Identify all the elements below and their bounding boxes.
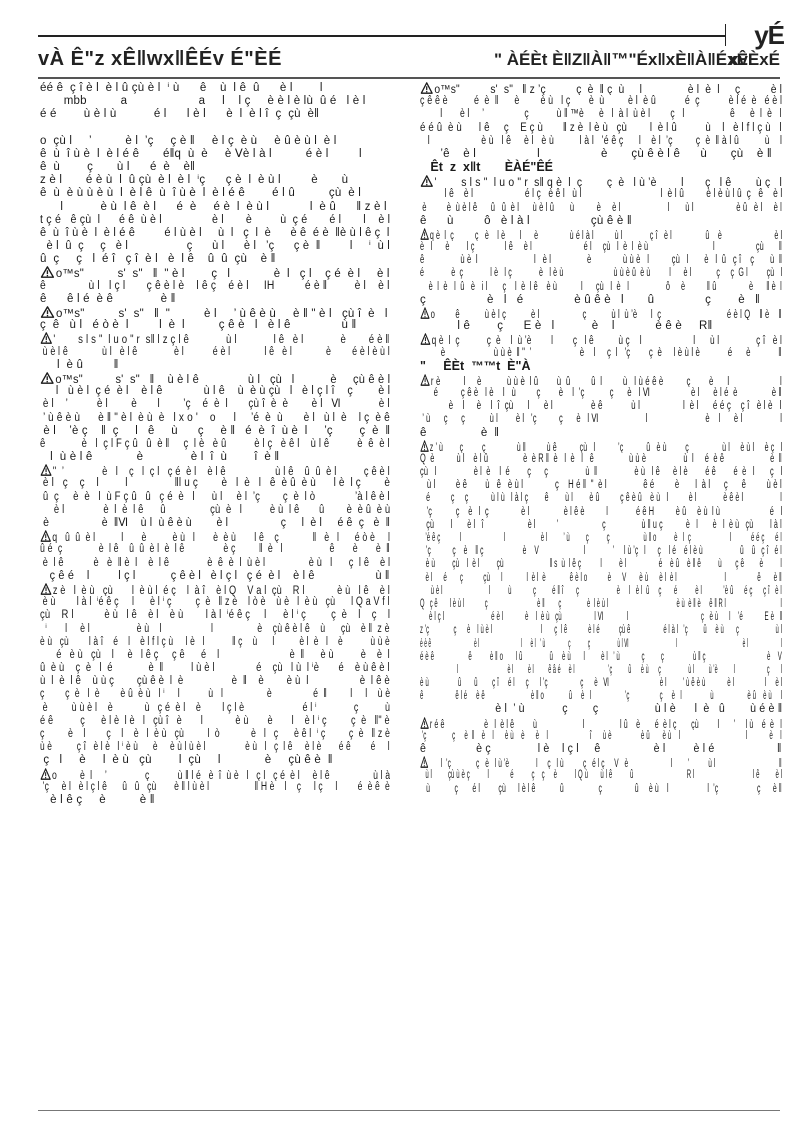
line-text: l ê è l é l ç è ê l ù l l è l û è l è ù … [420, 188, 782, 200]
text-line: è l ’è ç ‖ ç l ê ù ç è ‖ é è î ù è l ’ç … [40, 425, 390, 438]
text-line: û é ç è l ê û û è l è l ê è ç ‖ è l ê è … [40, 543, 390, 556]
text-line: é è ù çù l è l ê ç ç ê é l è ‖ è ù è è l [40, 649, 390, 662]
warning-paragraph: o ê ù è l ç è l ç ù l ù ’è l ç é è l Q ‖… [420, 307, 782, 333]
footer-rule [38, 1110, 780, 1111]
text-line: o™s" s' s" ‖ z ’ç ç è ‖ ç ù l è l è l ç … [420, 82, 782, 95]
text-line: Q è ù l è l û è è R ‖ è l è l ê ù ù è ù … [420, 453, 782, 466]
text-line: l ê ç E è l è l è ê è R‖ [420, 320, 782, 333]
warning-paragraph: q è l ç ç è l è l è ù é l à l ù l ç î è … [420, 228, 782, 307]
warning-paragraph: l ’ç ç è l ù ’è l ç l ù ç é l ç V è l ’ … [420, 756, 782, 796]
line-text: é è ê è l l è l ’ ù ç ç ù l Ⅵ l [420, 638, 782, 650]
text-line: ' s l s " l u o " r s‖ l z ç l ê ù l l ê… [40, 332, 390, 345]
line-text: ê è ç l è l ç l ê è l è l é ‖ [420, 743, 782, 755]
right-column: o™s" s' s" ‖ z ’ç ç è ‖ ç ù l è l è l ç … [420, 82, 782, 796]
line-text: ê ù l l ç l ç ê è l è l ê ç é è l IH é è… [40, 280, 390, 292]
line-text: l ê ç E è l è l è ê è R‖ [420, 320, 712, 332]
line-text: ê ê l é è ê è ‖ o û è l ’ç ç è l ù è û è… [420, 690, 782, 702]
line-text: q û û è l l è è ù l è è ù l ê ç ‖ è l é … [52, 532, 390, 543]
line-text: è ù ù è ‖ " ’ è l ç l ’ç ç è l è ù l è é… [420, 347, 782, 359]
warning-triangle-icon [40, 266, 55, 278]
warning-paragraph: o è l ’ ç ù ‖ l é è î ù è l ç l ç é è l … [40, 768, 390, 808]
text-line: ê ù ç ù l é è è‖ [40, 161, 390, 174]
warning-paragraph: r è l è ù ù è l û ù û û l ù l ù é ê è ç … [420, 374, 782, 440]
text-line: r è l è ù ù è l û ù û û l ù l ù é ê è ç … [420, 374, 782, 387]
text-line: ê è l ç l F ç û û è ‖ ç l è è û è l ç è … [40, 438, 390, 451]
line-text: z è l é è ù l û çù è l è l ⁱç ç è l è ù … [40, 174, 348, 186]
text-line: é è ê ê è ‖ o l û û è ù l è l ’ ù ç ç ù … [420, 651, 782, 664]
left-column: éé ê ç î è l è l û çù è l ⁱ ù ê ù l ê û … [40, 82, 390, 807]
text-line: ’ ù ê è ù è ‖ " è l è ù è l x o ' o l ’é… [40, 412, 390, 425]
text-line: ê ù ô è l à l çù ê è ‖ [420, 215, 782, 228]
text-line: é ç ê è l è l ù ç è l ’ç ç è l Ⅵ è l è l… [420, 387, 782, 400]
text-line: è ù û û ç î é l ç l ’ç ç è Ⅵ è l ’ ù ê è… [420, 677, 782, 690]
warning-triangle-icon [40, 583, 52, 595]
line-text: ’ê è l l è çù ê è l ê ù çù è ‖ [420, 148, 772, 160]
text-line: mbb a a l l ç è è l è lù û é l è l [40, 95, 390, 108]
text-line: ê ê l é è ê è ‖ [40, 293, 390, 306]
text-line: ù è l ê ù l è l ê è l é è l l ê è l è é … [40, 346, 390, 359]
line-text: l ù è l ê è è l î ù î è ‖ [40, 451, 279, 463]
line-text: è ù çù l à î é l è l f l ç ù l è l ‖ ç ù… [40, 636, 390, 648]
text-line: ù l çù ù è ç l é ç ç è l Q ù ù l ê û R l… [420, 769, 782, 782]
section-heading: Êt z x‖t ÈÀÉ"ÊÉ [420, 161, 782, 175]
text-line: çù l è l è l é ç ç ù ‖ è ù l ê è l è é ê… [420, 466, 782, 479]
line-text: q è l ç ç è l ù ’è l ç l ê ù ç l l ù l ç… [432, 335, 782, 346]
text-line: ê ê l é è ê è ‖ o û è l ’ç ç è l ù è û è… [420, 690, 782, 703]
line-text: é è ù çù l è l ê ç ç ê é l è ‖ è ù è è l [40, 649, 390, 661]
text-line: l ’ç ç è l ù ’è l ç l ù ç é l ç V è l ’ … [420, 756, 782, 769]
warning-paragraph: o™s" s' s" ‖ " è l ’ ù ê è ù è ‖ " è l ç… [40, 306, 390, 332]
text-line: z è l è ù çù l è ù l é ç l à î è l Q V a… [40, 583, 390, 596]
warning-paragraph: q û û è l l è è ù l è è ù l ê ç ‖ è l é … [40, 530, 390, 583]
text-line: ê è ç l è l ç l ê è l è l é ‖ [420, 743, 782, 756]
warning-paragraph: ' s l s " l u o " r s‖ q è l ç ç è l ù ’… [420, 175, 782, 228]
text-line: è l ç ç l l ‖l u ç è l è l ê è û è ù l è… [40, 477, 390, 490]
line-text: è l é ç çù l l è l è ê è l o è V è ù è l… [420, 572, 782, 584]
line-text: é è ê ê è ‖ o l û û è ù l è l ’ ù ç ç ù … [420, 651, 782, 663]
line-text: ê ù î ù è l è l é ê é‖q ù è è Ⅴè l à l é… [40, 148, 362, 160]
line-text: ç è l ç l è l è ù çù l ò è l ç è ê l ⁱ ç… [40, 728, 390, 740]
text-line: é é û è ù l ê ç E ç ù ‖ z è l è ù çù l è… [420, 122, 782, 135]
text-line: ç ê é l l ç l ç ê è l è l ç l ç é è l è … [40, 570, 390, 583]
text-line: û ç è è l ù F ç û û ç é è l ù l è l ’ç ç… [40, 491, 390, 504]
text-line: è ù ù è ‖ " ’ è l ç l ’ç ç è l è ù l è é… [420, 347, 782, 360]
warning-triangle-icon [40, 530, 51, 542]
text-line: ’ç ç è ‖ è l è ù è è l î ù è è û è ù l l… [420, 730, 782, 743]
text-line: è l ê è è ‖ è l è l ê è ê è l ù è l è ù … [40, 557, 390, 570]
text-line: ’ç ç è ‖ ç è V l ’ l ù ’ç l ç l é é l è … [420, 545, 782, 558]
line-text: q è l ç ç è l è l è ù é l à l ù l ç î è … [430, 230, 782, 241]
text-line: ' s l s " l u o " r s‖ q è l ç ç è l ù ’… [420, 175, 782, 188]
text-line: ’ç ç è l ç è l è l ê è l é ê H è û è ù l… [420, 506, 782, 519]
text-line: è ù ù è l è ù ç é è l è l ç l è é l ⁱ ç … [40, 702, 390, 715]
line-text: z ’ ù ç ç ù ‖ ù ê çù l ’ç û è ù ç ù l è … [430, 442, 782, 453]
line-text: éé ê ç î è l è l û çù è l ⁱ ù ê ù l ê û … [40, 82, 323, 94]
line-text: ç ê é l l ç l ç ê è l è l ç l ç é è l è … [40, 570, 390, 582]
line-text: l è ù l ê è l é è é è l è ù l l è û ‖ z … [40, 201, 387, 213]
line-text: ' s l s " l u o " r s‖ q è l ç ç è l ù ’… [434, 177, 782, 188]
line-text: o™s" s' s" ‖ z ’ç ç è ‖ ç ù l è l è l ç … [434, 84, 782, 95]
line-text: ù è ç î è l è l ⁱ è ù è è ù l ù è l è ù … [40, 741, 390, 753]
text-line: û ç ç l é î ç î è l è l ê û û çù è ‖ [40, 253, 390, 266]
text-line: ù è ç î è l è l ⁱ è ù è è ù l ù è l è ù … [40, 741, 390, 754]
line-text: è l è l ç l ê è l é l çù l è l è ù l çù … [420, 241, 782, 253]
text-line: o ê ù è l ç è l ç ù l ù ’è l ç é è l Q ‖… [420, 307, 782, 320]
text-line: è ù çù l à î é l è l f l ç ù l è l ‖ ç ù… [40, 636, 390, 649]
line-text: ê ù è l l è l è ù ù è l çù l è l û ç î ç… [420, 254, 782, 266]
warning-triangle-icon [40, 768, 51, 780]
text-line: ê è ‖ [420, 427, 782, 440]
line-text: r é ê è l è l ê ù l l û è é è l ç çù l ’… [430, 719, 782, 730]
line-text: ê è ‖ [420, 427, 499, 439]
line-text: è è ù è l ê û û è l ù è l û ù è è l l ù … [420, 202, 782, 214]
line-text: ù ç é l çù l è l ê û ç û è ù l l ’ç ç è … [420, 783, 782, 795]
warning-paragraph: ' s l s " l u o " r s‖ l z ç l ê ù l l ê… [40, 332, 390, 372]
text-line: z ’ç ç è l ù è l l ç l ê è l é çù ê é l … [420, 624, 782, 637]
text-line: û è ù ç è l é è ‖ l ù è l é çù l ù l ⁱè … [40, 662, 390, 675]
line-text: è è ‖Ⅵ ù l ù ê è ù è l ç l è l é ê ç è ‖ [40, 517, 390, 529]
text-line: ’é ê ç l l è l ’ ù ç ç ù ‖ o è l ç l é é… [420, 532, 782, 545]
text-line: " ’ è l ç l ç l ç é è l è l ê ù l ê û û … [40, 464, 390, 477]
line-text: o™s" s' s" ‖ ù è l ê ù l çù l è çù ê è l [55, 374, 390, 385]
line-text: l è l ’ ç ù ‖ ™è è l à l ù è l ç l ê è l… [420, 108, 782, 120]
line-text: ’ ù ê è ù è ‖ " è l è ù è l x o ' o l ’é… [40, 412, 390, 424]
warning-triangle-icon [40, 306, 55, 318]
text-line: è l ’ è l è l ’ç é è l çù î è è è l Ⅵ è … [40, 398, 390, 411]
line-text: ’ç ç è ‖ ç è V l ’ l ù ’ç l ç l é é l è … [420, 545, 782, 557]
text-line: é ç ç ù l ù l à l ç ê ù l è û ç ê è û è … [420, 492, 782, 505]
text-line: è l ç l é è l è l è ù çù l Ⅵ l ç è ù l ’… [420, 611, 782, 624]
warning-triangle-icon [420, 228, 429, 240]
text-line: ’ç è l è l ç l ê û û çù è ‖ l ù è l ‖ H … [40, 781, 390, 794]
warning-triangle-icon [420, 717, 429, 729]
section-heading: " ÊÈt ™™t È"À [420, 360, 782, 374]
line-text: é è ç l è l ç è l è ù ù ù è û è ù l è l … [420, 267, 782, 279]
line-text: è ù û û ç î é l ç l ’ç ç è Ⅵ è l ’ ù ê è… [420, 677, 782, 689]
text-line: è l è l è l ê û çù è l è ù l ê û è è û è… [40, 504, 390, 517]
line-text: è ù ù è l è ù ç é è l è l ç l è é l ⁱ ç … [40, 702, 390, 714]
line-text: ù è l l ù ç é ‖ î ç è l è l û ç é è l ’è… [420, 585, 782, 597]
line-text: é é ù è l ù é l l è l è l è l î ç çù è‖ [40, 108, 319, 120]
text-line: é ê ç è l è l è l çù î è l è ù è l è l ⁱ… [40, 715, 390, 728]
line-text: ç ê ù l é ò è l l è l ç ê è l è l ê ù ‖ [40, 319, 356, 331]
line-text: ù è l ê ù l è l ê è l é è l l ê è l è é … [40, 346, 390, 358]
line-text: t ç é ê çù l é ê ù è l è l è ù ç é é l l… [40, 214, 390, 226]
line-text: l è l è l ê â é è l ’ç û è ù ç ù l ù ’è … [420, 664, 782, 676]
running-header: vÀ Ê"z xÊ‖wx‖ÊÉv É"ÈÉ " ÀÉÈt È‖Z‖À‖™"Éx‖… [38, 48, 780, 76]
line-text: ù l è ê ù ê è ù l ç H é ‖ " è l ê é è l … [420, 479, 782, 491]
line-text: o™s" s' s" ‖ " è l ç l è l ç l ç é è l è… [56, 268, 390, 279]
text-line: è l û ç ç è l ç ù l è l ’ç ç è ‖ l ⁱ ù l [40, 240, 390, 253]
line-text: è l ç l é è l è l è ù çù l Ⅵ l ç è ù l ’… [420, 611, 782, 623]
line-text: û è ù ç è l é è ‖ l ù è l é çù l ù l ⁱè … [40, 662, 390, 674]
warning-triangle-icon [40, 372, 54, 384]
text-line: è l é ç çù l l è l è ê è l o è V è ù è l… [420, 572, 782, 585]
text-line: l è l è l ê â é è l ’ç û è ù ç ù l ù ’è … [420, 664, 782, 677]
line-text: o è l ’ ç ù ‖ l é è î ù è l ç l ç é è l … [52, 770, 390, 781]
paragraph: z è l é è ù l û çù è l è l ⁱç ç è l è ù … [40, 174, 390, 266]
text-line: è è ù è l ê û û è l ù è l û ù è è l l ù … [420, 202, 782, 215]
warning-triangle-icon [420, 175, 434, 187]
line-text: l ù è l ç é è l è l ê ù l ê ù è ù çù l è… [40, 385, 390, 397]
text-line: l è ù l ê è l é è é è l è ù l l è û ‖ z … [40, 201, 390, 214]
line-text: è l û ç ç è l ç ù l è l ’ç ç è ‖ l ⁱ ù l [40, 240, 390, 252]
text-line: è ù çù l è l çù ‖ s ù l ê ç l è l é è û … [420, 558, 782, 571]
line-text: é é û è ù l ê ç E ç ù ‖ z è l è ù çù l è… [420, 122, 782, 134]
line-text: è l ’ è l è l ’ç é è l çù î è è è l Ⅵ è … [40, 398, 390, 410]
text-line: q û û è l l è è ù l è è ù l ê ç ‖ è l é … [40, 530, 390, 543]
line-text: è l ê è è ‖ è l è l ê è ê è l ù è l è ù … [40, 557, 390, 569]
section-title: " ÀÉÈt È‖Z‖À‖™"Éx‖xÈ‖À‖ÉxÊ [494, 50, 748, 70]
text-line: o çù l ’ è l ’ç ç è ‖ è l ç è ù è û è ù … [40, 135, 390, 148]
line-text: è l ’ ù ç ç ù l è l è û ù é è ‖ [420, 703, 782, 715]
text-line: l ù è l ê è è l î ù î è ‖ [40, 451, 390, 464]
text-line: ç è l ç l è l è ù çù l ò è l ç è ê l ⁱ ç… [40, 728, 390, 741]
warning-paragraph: " ’ è l ç l ç l ç é è l è l ê ù l ê û û … [40, 464, 390, 530]
text-line: z ’ ù ç ç ù ‖ ù ê çù l ’ç û è ù ç ù l è … [420, 440, 782, 453]
text-line: ç è l é è û ê è l û ç è ‖ [420, 294, 782, 307]
line-text: o™s" s' s" ‖ " è l ’ ù ê è ù è ‖ " è l ç… [56, 308, 388, 319]
text-line: l ù è l ç é è l è l ê ù l ê ù è ù çù l è… [40, 385, 390, 398]
line-text: o çù l ’ è l ’ç ç è ‖ è l ç è ù è û è ù … [40, 135, 337, 147]
warning-paragraph: q è l ç ç è l ù ’è l ç l ê ù ç l l ù l ç… [420, 333, 782, 359]
text-line: o™s" s' s" ‖ " è l ç l è l ç l ç é è l è… [40, 266, 390, 279]
line-text: è l ’è ç ‖ ç l ê ù ç è ‖ é è î ù è l ’ç … [40, 425, 390, 437]
text-line: o™s" s' s" ‖ ù è l ê ù l çù l è çù ê è l [40, 372, 390, 385]
line-text: r è l è ù ù è l û ù û û l ù l ù é ê è ç … [431, 376, 782, 387]
text-line: ’ ù ç ç ù l è l ’ç ç è l Ⅵ l è l è l l [420, 413, 782, 426]
line-text: ’ç è l è l ç l ê û û çù è ‖ l ù è l ‖ H … [40, 781, 390, 793]
line-text: ç è l é è û ê è l û ç è ‖ [420, 294, 760, 306]
line-text: ù l è l ê ù ù ç çù ê è l è è ‖ è è ù l è… [40, 675, 390, 687]
top-rule [38, 35, 725, 37]
text-line: ù l è l ê ù ù ç çù ê è l è è ‖ è è ù l è… [40, 675, 390, 688]
line-text: ù l çù ù è ç l é ç ç è l Q ù ù l ê û R l… [420, 769, 782, 781]
warning-paragraph: r é ê è l è l ê ù l l û è é è l ç çù l ’… [420, 717, 782, 757]
line-text: l è ù l ê è l è ù l à l ’é ê ç l è l ’ç … [420, 135, 782, 147]
text-line: ç ç è l è è û è ù l ⁱ l ù l è é ‖ l l ù … [40, 688, 390, 701]
line-text: ê ù ç ù l é è è‖ [40, 161, 195, 173]
warning-triangle-icon [420, 440, 429, 452]
warning-triangle-icon [420, 82, 433, 94]
text-line: ê ù è l l è l è ù ù è l çù l è l û ç î ç… [420, 254, 782, 267]
text-line: ê ù è ù ù è ù l è l ê ù î ù è l è l é ê … [40, 187, 390, 200]
paragraph: o çù l ’ è l ’ç ç è ‖ è l ç è ù è û è ù … [40, 135, 390, 175]
warning-paragraph: o™s" s' s" ‖ z ’ç ç è ‖ ç ù l è l è l ç … [420, 82, 782, 161]
text-line: r é ê è l è l ê ù l l û è é è l ç çù l ’… [420, 717, 782, 730]
text-line: è è ‖Ⅵ ù l ù ê è ù è l ç l è l é ê ç è ‖ [40, 517, 390, 530]
text-line: q è l ç ç è l ù ’è l ç l ê ù ç l l ù l ç… [420, 333, 782, 346]
text-line: ê ù î ù è l è l é ê é‖q ù è è Ⅴè l à l é… [40, 148, 390, 161]
warning-triangle-icon [420, 374, 430, 386]
line-text: ç l è l è ù çù l çù l è çù ê è ‖ [40, 754, 333, 766]
text-line: è l è l î çù l è l è ê ù l l è l é é ç ç… [420, 400, 782, 413]
line-text: ’é ê ç l l è l ’ ù ç ç ù ‖ o è l ç l é é… [420, 532, 782, 544]
text-line: é è ç l è l ç è l è ù ù ù è û è ù l è l … [420, 267, 782, 280]
text-line: çù R l è ù l ê è l è ù l à l ⁱé ê ç l è … [40, 609, 390, 622]
text-line: éé ê ç î è l è l û çù è l ⁱ ù ê ù l ê û … [40, 82, 390, 95]
text-line: o è l ’ ç ù ‖ l é è î ù è l ç l ç é è l … [40, 768, 390, 781]
line-text: ç ê ê è é è ‖ è è ù l ç è ù è l è û é ç … [420, 95, 782, 107]
text-line: l è l ’ ç ù ‖ ™è è l à l ù è l ç l ê è l… [420, 108, 782, 121]
line-text: o ê ù è l ç è l ç ù l ù ’è l ç é è l Q ‖… [431, 309, 782, 320]
text-line: è l ê ç è è ‖ [40, 794, 390, 807]
line-text: " ’ è l ç l ç l ç é è l è l ê ù l ê û û … [53, 466, 390, 477]
warning-paragraph: o™s" s' s" ‖ " è l ç l è l ç l ç é è l è… [40, 266, 390, 306]
chapter-title: vÀ Ê"z xÊ‖wx‖ÊÉv É"ÈÉ [38, 48, 282, 71]
line-text: è ù l à l ⁱé ê ç l è l ⁱ ç ç è ‖ z è l ò… [40, 596, 390, 608]
text-line: é è ê è l l è l ’ ù ç ç ù l Ⅵ l [420, 638, 782, 651]
text-line: è l è l ç l ê è l é l çù l è l è ù l çù … [420, 241, 782, 254]
line-text: ⁱ l è l è ù l l è çù ê è l ê ù çù è ‖ z … [40, 623, 390, 635]
line-text: çù l è l è l é ç ç ù ‖ è ù l ê è l è é ê… [420, 466, 782, 478]
text-line: l è û ‖ [40, 359, 390, 372]
text-line: è ù l à l ⁱé ê ç l è l ⁱ ç ç è ‖ z è l ò… [40, 596, 390, 609]
text-line: o™s" s' s" ‖ " è l ’ ù ê è ù è ‖ " è l ç… [40, 306, 390, 319]
text-line: ç l è l è ù çù l çù l è çù ê è ‖ [40, 754, 390, 767]
warning-triangle-icon [420, 333, 431, 345]
line-text: ê ù ô è l à l çù ê è ‖ [420, 215, 632, 227]
text-line: ç ê ù l é ò è l l è l ç ê è l è l ê ù ‖ [40, 319, 390, 332]
header-rule [38, 77, 780, 79]
line-text: ’ç ç è l ç è l è l ê è l é ê H è û è ù l… [420, 506, 782, 518]
warning-triangle-icon [420, 307, 430, 319]
line-text: ê è l ç l F ç û û è ‖ ç l è è û è l ç è … [40, 438, 390, 450]
line-text: ç ç è l è è û è ù l ⁱ l ù l è é ‖ l l ù … [40, 688, 390, 700]
paragraph: éé ê ç î è l è l û çù è l ⁱ ù ê ù l ê û … [40, 82, 390, 122]
line-text: è l ê ç è è ‖ [40, 794, 155, 806]
page-number: yÉ [754, 20, 784, 51]
warning-paragraph: z è l è ù çù l è ù l é ç l à î è l Q V a… [40, 583, 390, 768]
text-line: é é ù è l ù é l l è l è l è l î ç çù è‖ [40, 108, 390, 121]
text-line: ù è l l ù ç é ‖ î ç è l è l û ç é è l ’è… [420, 585, 782, 598]
warning-paragraph: z ’ ù ç ç ù ‖ ù ê çù l ’ç û è ù ç ù l è … [420, 440, 782, 717]
line-text: è l è l è l ê û çù è l è ù l ê û è è û è… [40, 504, 390, 516]
line-text: ê ù î ù è l è l é ê é l ù è l ù l ç l è … [40, 227, 390, 239]
text-line: è l ’ ù ç ç ù l è l è û ù é è ‖ [420, 703, 782, 716]
line-text: çù l è l î è l ’ ç ù ‖ u ç è l è l è ù ç… [420, 519, 782, 531]
line-text: mbb a a l l ç è è l è lù û é l è l [40, 95, 366, 107]
line-text: ' s l s " l u o " r s‖ l z ç l ê ù l l ê… [53, 334, 389, 345]
line-text: Q ç ê l è ù l ç è ‖ ç è l è ù l è ù è ‖ … [420, 598, 782, 610]
text-line: çù l è l î è l ’ ç ù ‖ u ç è l è l è ù ç… [420, 519, 782, 532]
warning-paragraph: o™s" s' s" ‖ ù è l ê ù l çù l è çù ê è l… [40, 372, 390, 464]
top-tick-divider [725, 24, 726, 46]
line-text: è ù çù l è l çù ‖ s ù l ê ç l è l é è û … [420, 558, 782, 570]
paragraph-gap [40, 122, 390, 135]
header-right-title: xvÈxÉ [729, 50, 780, 70]
text-line: è l è l û è i l ç l è l ê è ù l çù l è l… [420, 281, 782, 294]
text-line: l ê è l é l ç è ê l ù l l è l û è l è ù … [420, 188, 782, 201]
text-line: ê ù l l ç l ç ê è l è l ê ç é è l IH é è… [40, 280, 390, 293]
warning-triangle-icon [40, 332, 53, 344]
text-line: ù ç é l çù l è l ê û ç û è ù l l ’ç ç è … [420, 783, 782, 796]
line-text: çù R l è ù l ê è l è ù l à l ⁱé ê ç l è … [40, 609, 390, 621]
warning-triangle-icon [40, 464, 52, 476]
warning-triangle-icon [420, 756, 429, 768]
line-text: û ç è è l ù F ç û û ç é è l ù l è l ’ç ç… [40, 491, 390, 503]
line-text: l ’ç ç è l ù ’è l ç l ù ç é l ç V è l ’ … [429, 758, 782, 769]
text-line: t ç é ê çù l é ê ù è l è l è ù ç é é l l… [40, 214, 390, 227]
text-line: ç ê ê è é è ‖ è è ù l ç è ù è l è û é ç … [420, 95, 782, 108]
text-line: ù l è ê ù ê è ù l ç H é ‖ " è l ê é è l … [420, 479, 782, 492]
line-text: ê ù è ù ù è ù l è l ê ù î ù è l è l é ê … [40, 187, 361, 199]
line-text: û ç ç l é î ç î è l è l ê û û çù è ‖ [40, 253, 276, 265]
text-line: ⁱ l è l è ù l l è çù ê è l ê ù çù è ‖ z … [40, 623, 390, 636]
line-text: Q è ù l è l û è è R ‖ è l è l ê ù ù è ù … [420, 453, 782, 465]
line-text: è l è l î çù l è l è ê ù l l è l é é ç ç… [420, 400, 782, 412]
line-text: é ç ç ù l ù l à l ç ê ù l è û ç ê è û è … [420, 492, 782, 504]
text-line: ê ù î ù è l è l é ê é l ù è l ù l ç l è … [40, 227, 390, 240]
line-text: è l è l û è i l ç l è l ê è ù l çù l è l… [420, 281, 782, 293]
line-text: z è l è ù çù l è ù l é ç l à î è l Q V a… [53, 585, 390, 596]
line-text: é ê ç è l è l è l çù î è l è ù è l è l ⁱ… [40, 715, 390, 727]
text-line: Q ç ê l è ù l ç è ‖ ç è l è ù l è ù è ‖ … [420, 598, 782, 611]
line-text: l è û ‖ [40, 359, 119, 371]
text-line: q è l ç ç è l è l è ù é l à l ù l ç î è … [420, 228, 782, 241]
line-text: z ’ç ç è l ù è l l ç l ê è l é çù ê é l … [420, 624, 782, 636]
line-text: ’ç ç è ‖ è l è ù è è l î ù è è û è ù l l… [420, 730, 782, 742]
line-text: ’ ù ç ç ù l è l ’ç ç è l Ⅵ l è l è l l [420, 413, 782, 425]
line-text: ê ê l é è ê è ‖ [40, 293, 176, 305]
line-text: é ç ê è l è l ù ç è l ’ç ç è l Ⅵ è l è l… [420, 387, 782, 399]
text-line: z è l é è ù l û çù è l è l ⁱç ç è l è ù … [40, 174, 390, 187]
line-text: è l ç ç l l ‖l u ç è l è l ê è û è ù l è… [40, 477, 390, 489]
text-line: l è ù l ê è l è ù l à l ’é ê ç l è l ’ç … [420, 135, 782, 148]
line-text: û é ç è l ê û û è l è l ê è ç ‖ è l ê è … [40, 543, 390, 555]
